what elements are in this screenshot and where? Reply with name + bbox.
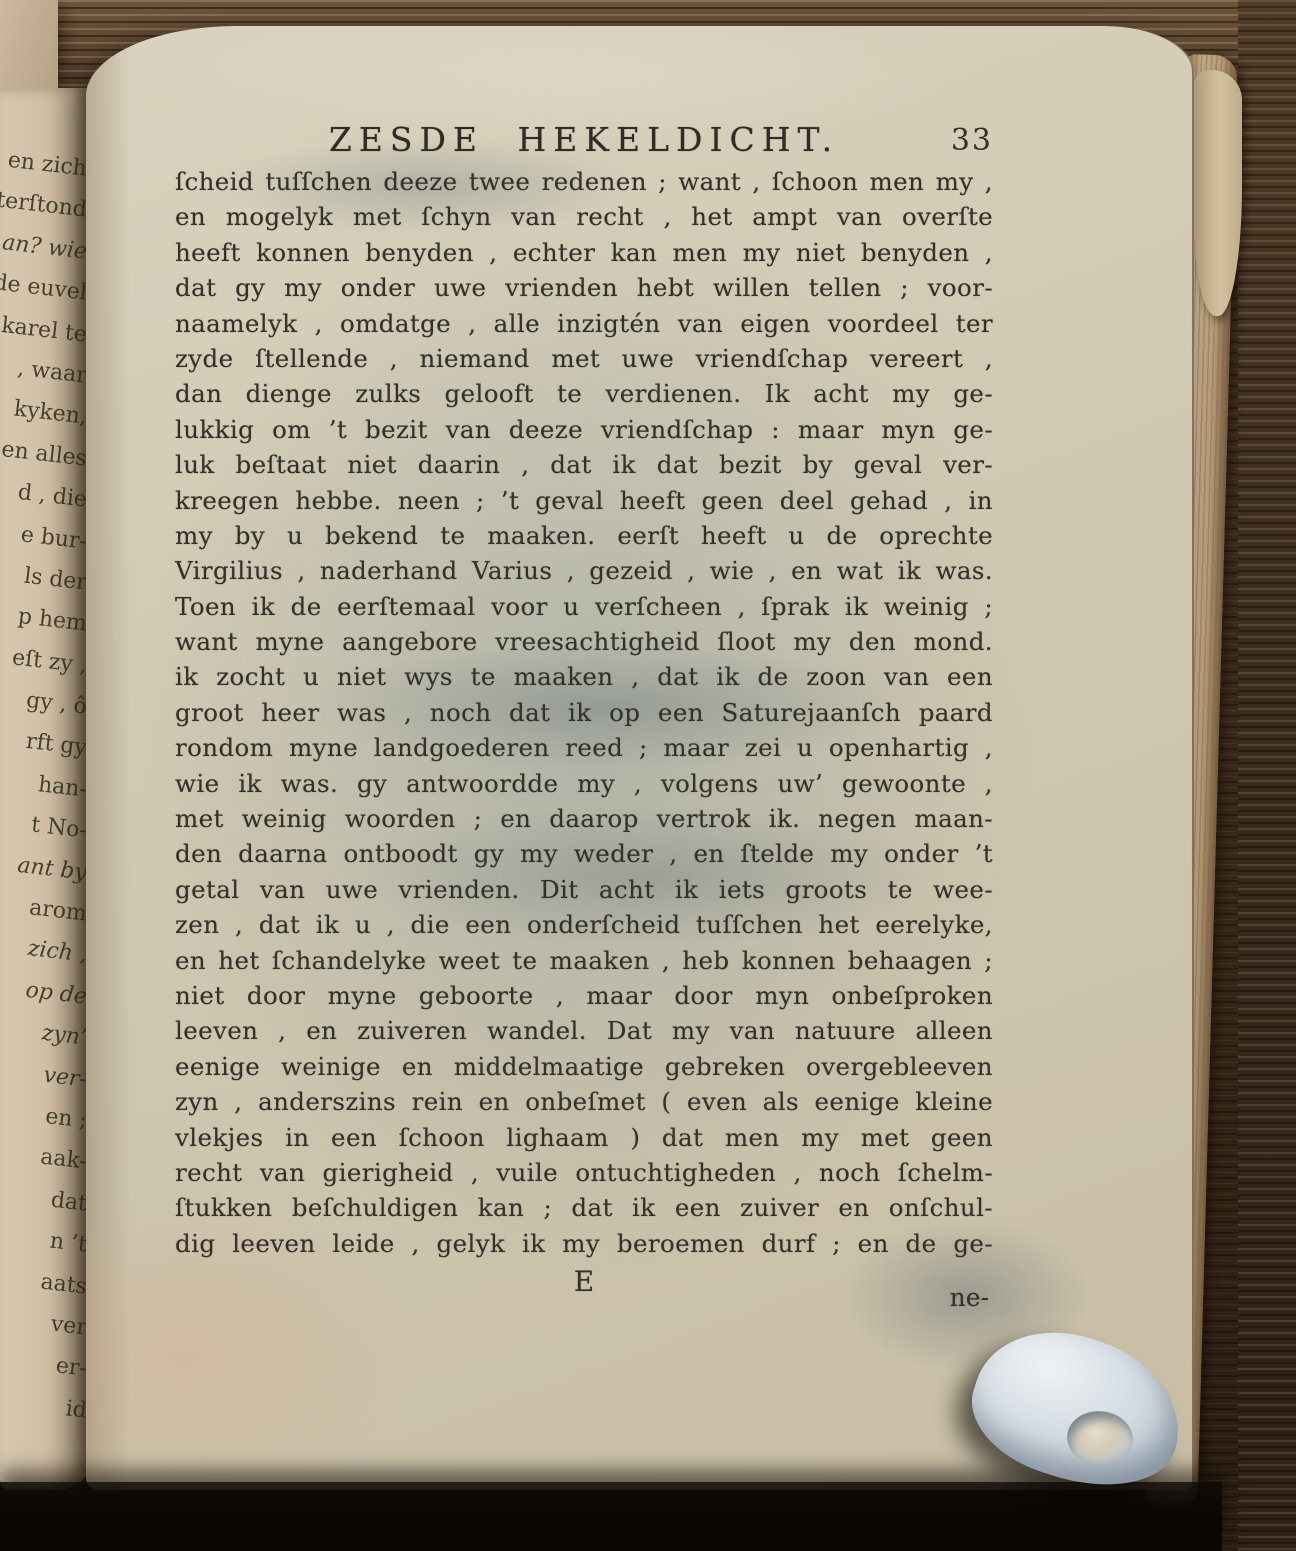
text-line: dig leeven leide , gelyk ik my beroemen … <box>175 1226 993 1261</box>
signature-row: E ne- <box>175 1265 993 1317</box>
signature-mark: E <box>175 1265 993 1298</box>
text-line: met weinig woorden ; en daarop vertrok i… <box>175 801 993 836</box>
text-line: heeft konnen benyden , echter kan men my… <box>175 235 993 270</box>
text-line: dat gy my onder uwe vrienden hebt willen… <box>175 270 993 305</box>
page-number: 33 <box>951 123 993 158</box>
text-line: zen , dat ik u , die een onderſcheid tuſ… <box>175 907 993 942</box>
running-head: ZESDE HEKELDICHT. <box>175 108 993 159</box>
text-line: luk beſtaat niet daarin , dat ik dat bez… <box>175 447 993 482</box>
page-header: ZESDE HEKELDICHT. 33 <box>175 108 993 162</box>
text-line: en mogelyk met ſchyn van recht , het amp… <box>175 199 993 234</box>
text-line: getal van uwe vrienden. Dit acht ik iets… <box>175 872 993 907</box>
page-text-block: ZESDE HEKELDICHT. 33 ſcheid tuſſchen dee… <box>175 108 993 1317</box>
text-line: lukkig om ’t bezit van deeze vriendſchap… <box>175 412 993 447</box>
text-line: Toen ik de eerſtemaal voor u verſcheen ,… <box>175 589 993 624</box>
text-line: naamelyk , omdatge , alle inzigtén van e… <box>175 306 993 341</box>
text-line: ſcheid tuſſchen deeze twee redenen ; wan… <box>175 164 993 199</box>
text-line: eenige weinige en middelmaatige gebreken… <box>175 1049 993 1084</box>
book-page: ZESDE HEKELDICHT. 33 ſcheid tuſſchen dee… <box>86 26 1194 1490</box>
body-text: ſcheid tuſſchen deeze twee redenen ; wan… <box>175 164 993 1261</box>
text-line: recht van gierigheid , vuile ontuchtighe… <box>175 1155 993 1190</box>
pebble-dimple <box>1064 1408 1135 1469</box>
text-line: my by u bekend te maaken. eerſt heeft u … <box>175 518 993 553</box>
book-bottom-shadow <box>0 1482 1222 1551</box>
text-line: dan dienge zulks gelooft te verdienen. I… <box>175 376 993 411</box>
text-line: en het ſchandelyke weet te maaken , heb … <box>175 943 993 978</box>
text-line: want myne aangebore vreesachtigheid ſloo… <box>175 624 993 659</box>
text-line: ik zocht u niet wys te maaken , dat ik d… <box>175 659 993 694</box>
text-line: leeven , en zuiveren wandel. Dat my van … <box>175 1013 993 1048</box>
text-line: zyde ſtellende , niemand met uwe vriendſ… <box>175 341 993 376</box>
text-line: ſtukken beſchuldigen kan ; dat ik een zu… <box>175 1190 993 1225</box>
text-line: den daarna ontboodt gy my weder , en ſte… <box>175 836 993 871</box>
text-line: Virgilius , naderhand Varius , gezeid , … <box>175 553 993 588</box>
curled-page-corner <box>1194 70 1242 316</box>
wood-table-grain-right <box>1238 0 1296 1551</box>
text-line: zyn , anderszins rein en onbeſmet ( even… <box>175 1084 993 1119</box>
catchword: ne- <box>950 1283 989 1312</box>
facing-page-edge: en zichterſtondan? wiede euvelkarel te, … <box>0 88 92 1490</box>
text-line: rondom myne landgoederen reed ; maar zei… <box>175 730 993 765</box>
facing-page-text-column: en zichterſtondan? wiede euvelkarel te, … <box>0 88 92 1427</box>
text-line: groot heer was , noch dat ik op een Satu… <box>175 695 993 730</box>
text-line: kreegen hebbe. neen ; ’t geval heeft gee… <box>175 483 993 518</box>
text-line: vlekjes in een ſchoon lighaam ) dat men … <box>175 1120 993 1155</box>
text-line: wie ik was. gy antwoordde my , volgens u… <box>175 766 993 801</box>
text-line: niet door myne geboorte , maar door myn … <box>175 978 993 1013</box>
